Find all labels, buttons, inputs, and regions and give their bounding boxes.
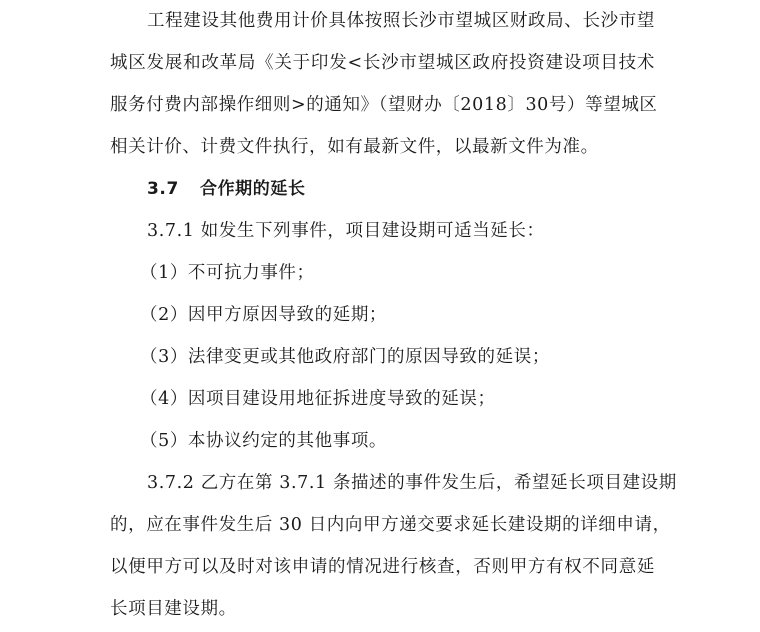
clause-3-7-2-line: 的，应在事件发生后 30 日内向甲方递交要求延长建设期的详细申请， <box>110 504 655 546</box>
list-item: （4）因项目建设用地征拆进度导致的延误； <box>140 378 496 420</box>
section-heading: 3.7 合作期的延长 <box>147 168 306 210</box>
section-title: 合作期的延长 <box>200 179 306 199</box>
section-number: 3.7 <box>147 179 179 199</box>
list-item: （3）法律变更或其他政府部门的原因导致的延误； <box>140 336 550 378</box>
paragraph-line: 工程建设其他费用计价具体按照长沙市望城区财政局、长沙市望 <box>110 0 655 42</box>
paragraph-line: 城区发展和改革局《关于印发<长沙市望城区政府投资建设项目技术 <box>110 42 655 84</box>
clause-3-7-1: 3.7.1 如发生下列事件，项目建设期可适当延长： <box>147 210 545 252</box>
list-item: （1）不可抗力事件； <box>140 252 315 294</box>
clause-3-7-2-line: 长项目建设期。 <box>110 588 237 630</box>
clause-3-7-2-line: 以便甲方可以及时对该申请的情况进行核查，否则甲方有权不同意延 <box>110 546 655 588</box>
paragraph-line: 服务付费内部操作细则>的通知》（望财办〔2018〕30号）等望城区 <box>110 84 655 126</box>
list-item: （5）本协议约定的其他事项。 <box>140 420 387 462</box>
paragraph-line: 相关计价、计费文件执行，如有最新文件，以最新文件为准。 <box>110 126 599 168</box>
clause-3-7-2-line: 3.7.2 乙方在第 3.7.1 条描述的事件发生后，希望延长项目建设期 <box>110 462 655 504</box>
list-item: （2）因甲方原因导致的延期； <box>140 294 387 336</box>
